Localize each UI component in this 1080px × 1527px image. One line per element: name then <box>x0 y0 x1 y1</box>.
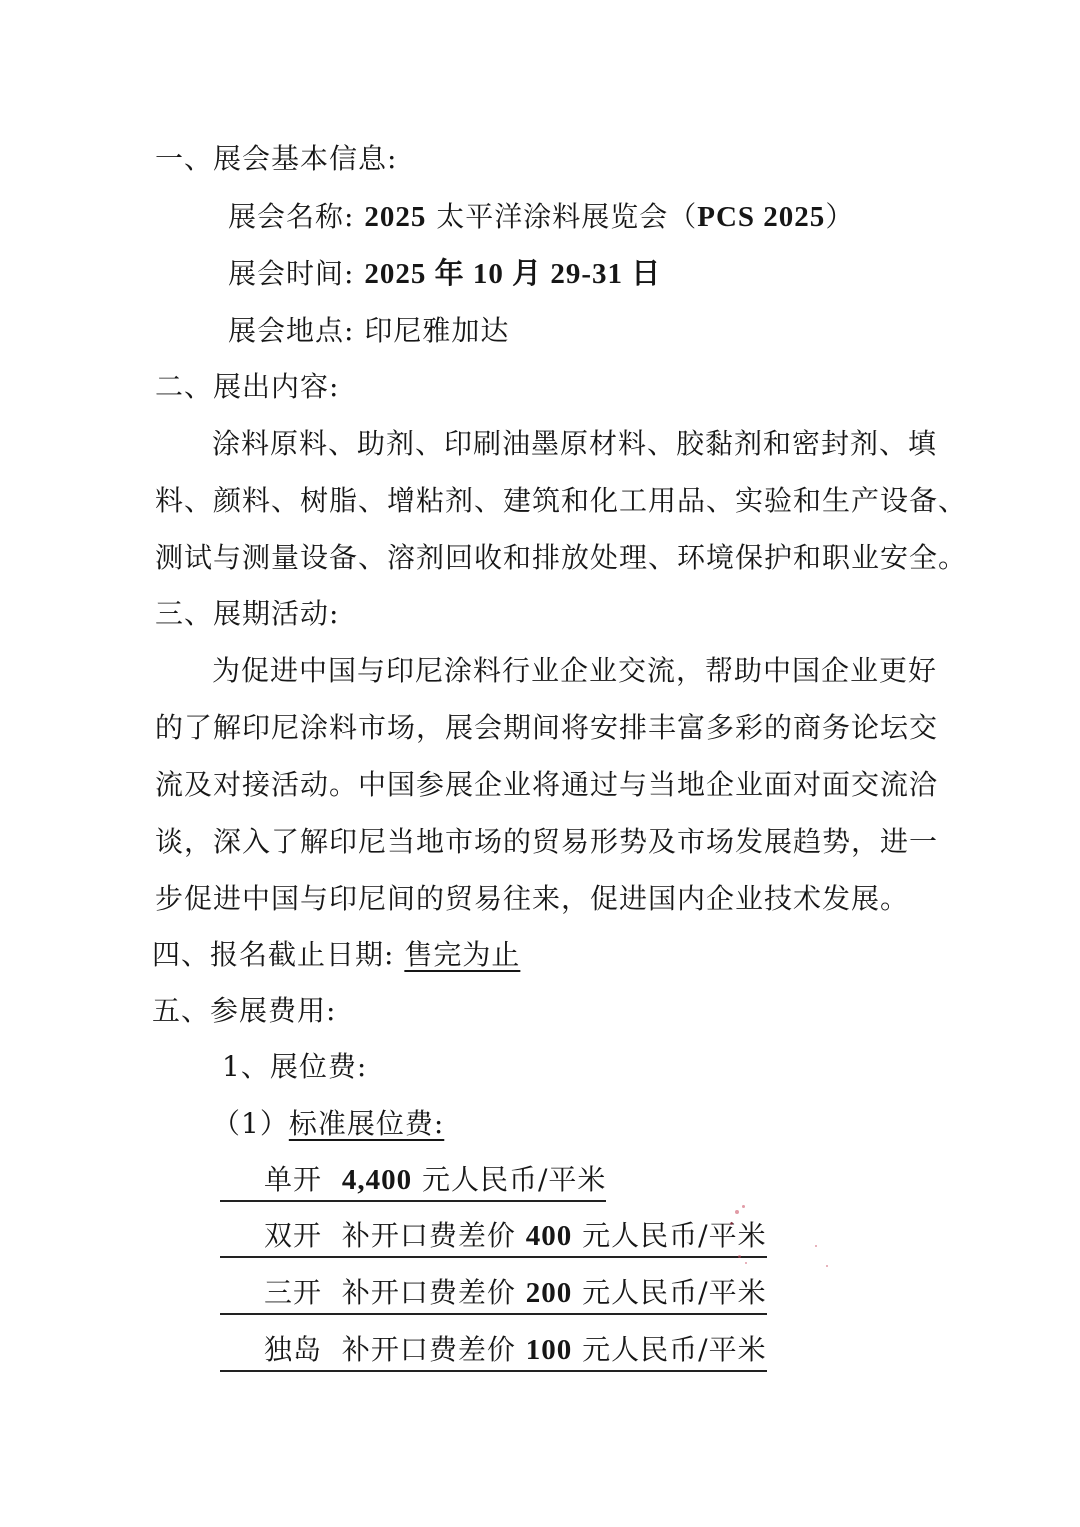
section-3-heading: 三、展期活动: <box>155 594 339 634</box>
section-5-heading: 五、参展费用: <box>152 991 336 1031</box>
exhibit-content-line: 料、颜料、树脂、增粘剂、建筑和化工用品、实验和生产设备、 <box>155 481 967 521</box>
exhibition-time: 展会时间: 2025 年 10 月 29-31 日 <box>228 254 661 294</box>
activity-line: 流及对接活动。中国参展企业将通过与当地企业面对面交流洽 <box>155 765 938 805</box>
exhibition-location: 展会地点: 印尼雅加达 <box>228 311 509 351</box>
activity-line: 谈，深入了解印尼当地市场的贸易形势及市场发展趋势，进一 <box>155 822 938 862</box>
standard-booth-heading: （1）标准展位费: <box>212 1104 444 1144</box>
exhibit-content-line: 测试与测量设备、溶剂回收和排放处理、环境保护和职业安全。 <box>155 538 967 578</box>
fee-row: 三开 补开口费差价 200 元人民币/平米 <box>220 1273 767 1315</box>
section-1-heading: 一、展会基本信息: <box>155 139 397 179</box>
activity-line: 步促进中国与印尼间的贸易往来，促进国内企业技术发展。 <box>155 879 909 919</box>
section-4-heading: 四、报名截止日期: <box>152 938 394 971</box>
activity-line: 为促进中国与印尼涂料行业企业交流，帮助中国企业更好 <box>212 651 937 691</box>
deadline-value: 售完为止 <box>404 938 520 971</box>
exhibit-content-line: 涂料原料、助剂、印刷油墨原材料、胶黏剂和密封剂、填 <box>212 424 937 464</box>
booth-fee-heading: 1、展位费: <box>222 1047 367 1087</box>
fee-row: 单开 4,400 元人民币/平米 <box>220 1160 606 1202</box>
label: 展会名称: <box>228 200 354 233</box>
exhibition-name: 展会名称: 2025 太平洋涂料展览会（PCS 2025） <box>228 197 854 237</box>
section-2-heading: 二、展出内容: <box>155 367 339 407</box>
activity-line: 的了解印尼涂料市场，展会期间将安排丰富多彩的商务论坛交 <box>155 708 938 748</box>
deadline: 四、报名截止日期: 售完为止 <box>152 935 520 975</box>
fee-row: 独岛 补开口费差价 100 元人民币/平米 <box>220 1330 767 1372</box>
fee-row: 双开 补开口费差价 400 元人民币/平米 <box>220 1216 767 1258</box>
